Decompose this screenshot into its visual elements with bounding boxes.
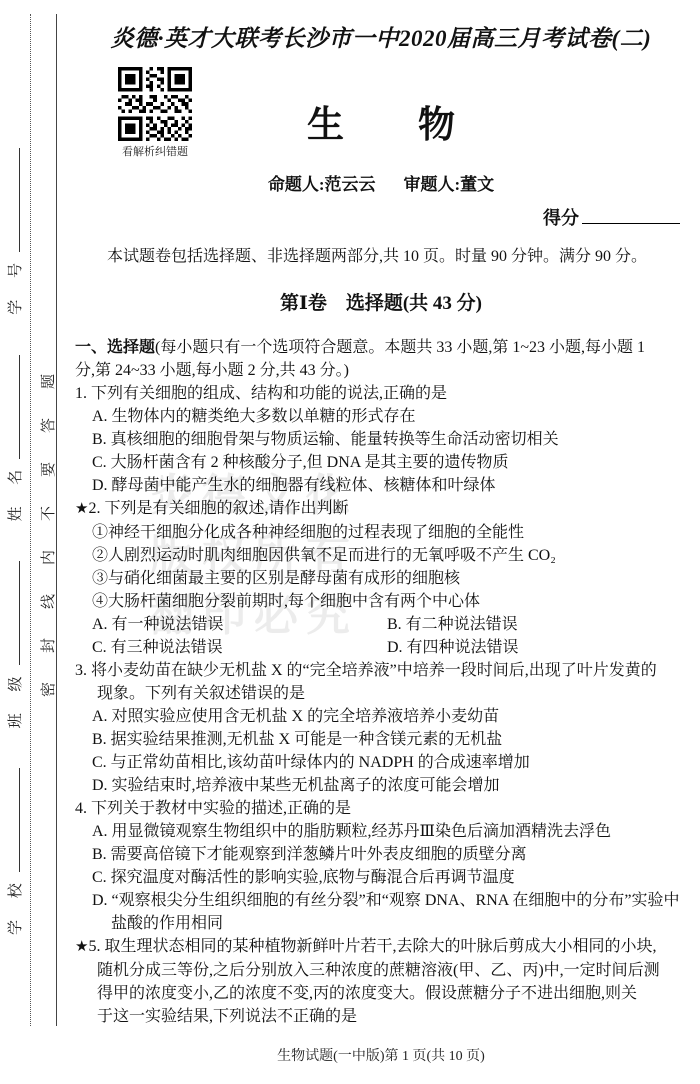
text-line: A. 用显微镜观察生物组织中的脂肪颗粒,经苏丹Ⅲ染色后滴加酒精洗去浮色 [92,820,687,843]
line-text: 1. 下列有关细胞的组成、结构和功能的说法,正确的是 [75,385,447,402]
text-line: C. 探究温度对酶活性的影响实验,底物与酶混合后再调节温度 [92,866,687,889]
text-line: A. 有一种说法错误B. 有二种说法错误 [92,613,687,636]
text-line: 一、选择题(每小题只有一个选项符合题意。本题共 33 小题,第 1~23 小题,… [75,336,687,359]
page-content: 炎德·英才大联考长沙市一中2020届高三月考试卷(二) [75,0,687,1084]
line-text: A. 有一种说法错误 [92,616,224,633]
line-text: A. 生物体内的糖类绝大多数以单糖的形式存在 [92,408,416,425]
text-line: 4. 下列关于教材中实验的描述,正确的是 [75,797,687,820]
exam-title: 炎德·英才大联考长沙市一中2020届高三月考试卷(二) [75,20,687,53]
text-line: D. 酵母菌中能产生水的细胞器有线粒体、核糖体和叶绿体 [92,474,687,497]
student-info-fields: 学 校班 级姓 名学 号 [4,95,25,935]
student-field-blank [5,768,20,872]
section-title: 第Ⅰ卷 选择题(共 43 分) [75,288,687,315]
line-text: A. 用显微镜观察生物组织中的脂肪颗粒,经苏丹Ⅲ染色后滴加酒精洗去浮色 [92,823,611,840]
line-text-col2: D. 有四种说法错误 [387,636,519,659]
text-line: 得甲的浓度变小,乙的浓度不变,丙的浓度变大。假设蔗糖分子不进出细胞,则关 [97,982,687,1005]
text-line: 随机分成三等份,之后分别放入三种浓度的蔗糖溶液(甲、乙、丙)中,一定时间后测 [97,959,687,982]
student-field-blank [5,561,20,665]
text-line: 于这一实验结果,下列说法不正确的是 [97,1005,687,1028]
line-text: C. 与正常幼苗相比,该幼苗叶绿体内的 NADPH 的合成速率增加 [92,754,530,771]
line-text: 2. 下列是有关细胞的叙述,请作出判断 [88,500,348,517]
star-marker: ★ [75,501,88,517]
text-line: 现象。下列有关叙述错误的是 [97,682,687,705]
text-line: B. 需要高倍镜下才能观察到洋葱鳞片叶外表皮细胞的质壁分离 [92,843,687,866]
line-text: D. 实验结束时,培养液中某些无机盐离子的浓度可能会增加 [92,777,500,794]
student-field-label: 姓 名 [8,461,24,522]
line-text: C. 大肠杆菌含有 2 种核酸分子,但 DNA 是其主要的遗传物质 [92,454,508,471]
line-text: B. 需要高倍镜下才能观察到洋葱鳞片叶外表皮细胞的质壁分离 [92,846,527,863]
line-text: 盐酸的作用相同 [111,915,223,932]
text-line: ②人剧烈运动时肌肉细胞因供氧不足而进行的无氧呼吸不产生 CO₂ [92,544,687,567]
line-text: 分,第 24~33 小题,每小题 2 分,共 43 分。) [75,362,349,379]
student-field-blank [5,355,20,459]
line-text: 3. 将小麦幼苗在缺少无机盐 X 的“完全培养液”中培养一段时间后,出现了叶片发… [75,662,657,679]
text-line: A. 生物体内的糖类绝大多数以单糖的形式存在 [92,405,687,428]
student-field-label: 学 号 [8,254,24,315]
line-text: 随机分成三等份,之后分别放入三种浓度的蔗糖溶液(甲、乙、丙)中,一定时间后测 [97,962,660,979]
text-line: 盐酸的作用相同 [111,912,687,935]
text-line: C. 有三种说法错误D. 有四种说法错误 [92,636,687,659]
line-text: ④大肠杆菌细胞分裂前期时,每个细胞中含有两个中心体 [92,593,480,610]
question-body: 一、选择题(每小题只有一个选项符合题意。本题共 33 小题,第 1~23 小题,… [75,336,687,1028]
text-line: ④大肠杆菌细胞分裂前期时,每个细胞中含有两个中心体 [92,590,687,613]
line-text: ①神经干细胞分化成各种神经细胞的过程表现了细胞的全能性 [92,524,524,541]
reviewer: 审题人:董文 [404,175,495,194]
seal-dotted-line [30,14,31,1026]
text-line: ★2. 下列是有关细胞的叙述,请作出判断 [75,497,687,521]
line-text: D. 酵母菌中能产生水的细胞器有线粒体、核糖体和叶绿体 [92,477,496,494]
proposer: 命题人:范云云 [268,175,376,194]
bold-heading: 一、选择题 [75,339,155,356]
exam-page: { "sidebar": { "fields": ["学 校", "班 级", … [0,0,700,1084]
subject-title: 生 物 [75,94,687,148]
text-line: ①神经干细胞分化成各种神经细胞的过程表现了细胞的全能性 [92,521,687,544]
score-field: 得分 [543,204,680,230]
score-label: 得分 [543,208,579,228]
line-text: (每小题只有一个选项符合题意。本题共 33 小题,第 1~23 小题,每小题 1 [155,339,645,356]
line-text: D. “观察根尖分生组织细胞的有丝分裂”和“观察 DNA、RNA 在细胞中的分布… [92,892,680,909]
page-footer: 生物试题(一中版)第 1 页(共 10 页) [75,1045,687,1065]
line-text: B. 真核细胞的细胞骨架与物质运输、能量转换等生命活动密切相关 [92,431,559,448]
text-line: A. 对照实验应使用含无机盐 X 的完全培养液培养小麦幼苗 [92,705,687,728]
text-line: 分,第 24~33 小题,每小题 2 分,共 43 分。) [75,359,687,382]
text-line: C. 大肠杆菌含有 2 种核酸分子,但 DNA 是其主要的遗传物质 [92,451,687,474]
line-text: C. 探究温度对酶活性的影响实验,底物与酶混合后再调节温度 [92,869,515,886]
student-field-label: 班 级 [8,667,24,728]
seal-text: 密封线内不要答题 [37,317,58,697]
text-line: D. “观察根尖分生组织细胞的有丝分裂”和“观察 DNA、RNA 在细胞中的分布… [92,889,687,912]
line-text: 4. 下列关于教材中实验的描述,正确的是 [75,800,351,817]
student-field-label: 学 校 [8,874,24,935]
line-text: 5. 取生理状态相同的某种植物新鲜叶片若干,去除大的叶脉后剪成大小相同的小块, [88,938,656,955]
text-line: B. 据实验结果推测,无机盐 X 可能是一种含镁元素的无机盐 [92,728,687,751]
text-line: ③与硝化细菌最主要的区别是酵母菌有成形的细胞核 [92,567,687,590]
line-text: 得甲的浓度变小,乙的浓度不变,丙的浓度变大。假设蔗糖分子不进出细胞,则关 [97,985,637,1002]
text-line: 1. 下列有关细胞的组成、结构和功能的说法,正确的是 [75,382,687,405]
star-marker: ★ [75,939,88,955]
text-line: ★5. 取生理状态相同的某种植物新鲜叶片若干,去除大的叶脉后剪成大小相同的小块, [75,935,687,959]
text-line: B. 真核细胞的细胞骨架与物质运输、能量转换等生命活动密切相关 [92,428,687,451]
line-text-col2: B. 有二种说法错误 [387,613,518,636]
text-line: 3. 将小麦幼苗在缺少无机盐 X 的“完全培养液”中培养一段时间后,出现了叶片发… [75,659,687,682]
line-text: 于这一实验结果,下列说法不正确的是 [97,1008,357,1025]
student-field-blank [5,148,20,252]
line-text: ②人剧烈运动时肌肉细胞因供氧不足而进行的无氧呼吸不产生 CO₂ [92,547,556,564]
line-text: ③与硝化细菌最主要的区别是酵母菌有成形的细胞核 [92,570,460,587]
text-line: C. 与正常幼苗相比,该幼苗叶绿体内的 NADPH 的合成速率增加 [92,751,687,774]
line-text: 现象。下列有关叙述错误的是 [97,685,305,702]
line-text: B. 据实验结果推测,无机盐 X 可能是一种含镁元素的无机盐 [92,731,502,748]
text-line: D. 实验结束时,培养液中某些无机盐离子的浓度可能会增加 [92,774,687,797]
line-text: C. 有三种说法错误 [92,639,223,656]
score-blank [582,207,680,224]
exam-notice: 本试题卷包括选择题、非选择题两部分,共 10 页。时量 90 分钟。满分 90 … [75,243,687,266]
setters-line: 命题人:范云云审题人:董文 [75,170,687,195]
line-text: A. 对照实验应使用含无机盐 X 的完全培养液培养小麦幼苗 [92,708,499,725]
